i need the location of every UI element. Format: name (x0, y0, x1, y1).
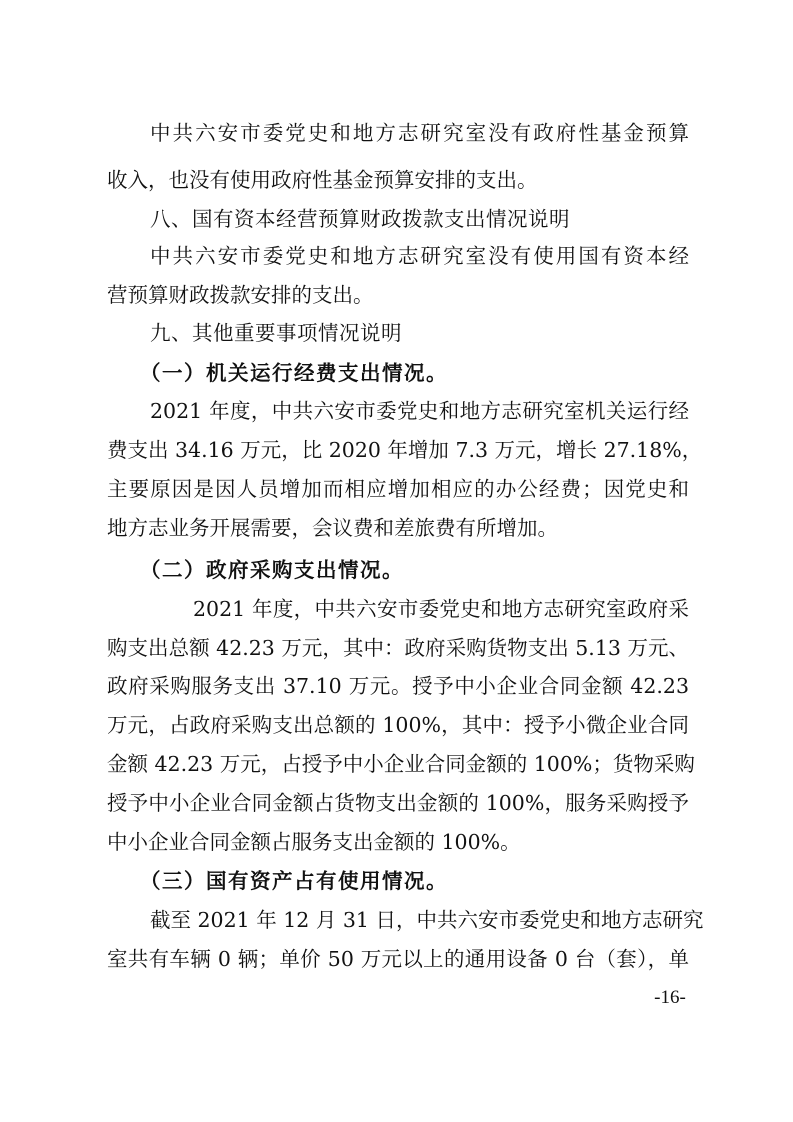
subsection-heading-3: （三）国有资产占有使用情况。 (140, 866, 722, 896)
paragraph-line: 中共六安市委党史和地方志研究室没有使用国有资本经 (150, 241, 689, 271)
paragraph-line: 费支出 34.16 万元，比 2020 年增加 7.3 万元，增长 27.18%… (107, 435, 689, 465)
paragraph-line: 政府采购服务支出 37.10 万元。授予中小企业合同金额 42.23 (107, 671, 689, 701)
paragraph-line: 万元，占政府采购支出总额的 100%，其中：授予小微企业合同 (107, 710, 689, 740)
paragraph-line: 授予中小企业合同金额占货物支出金额的 100%，服务采购授予 (107, 788, 689, 818)
paragraph-line: 营预算财政拨款安排的支出。 (107, 280, 689, 310)
page-number: -16- (645, 985, 695, 1011)
paragraph-line: 主要原因是因人员增加而相应增加相应的办公经费；因党史和 (107, 474, 689, 504)
paragraph-line: 截至 2021 年 12 月 31 日，中共六安市委党史和地方志研究 (150, 905, 689, 935)
paragraph-line: 2021 年度，中共六安市委党史和地方志研究室机关运行经 (150, 396, 689, 426)
section-heading-9: 九、其他重要事项情况说明 (150, 318, 689, 348)
paragraph-line: 中小企业合同金额占服务支出金额的 100%。 (107, 827, 689, 857)
paragraph-line: 购支出总额 42.23 万元，其中：政府采购货物支出 5.13 万元、 (107, 633, 689, 663)
paragraph-line: 2021 年度，中共六安市委党史和地方志研究室政府采 (193, 594, 689, 624)
subsection-heading-1: （一）机关运行经费支出情况。 (140, 358, 722, 388)
paragraph-line: 中共六安市委党史和地方志研究室没有政府性基金预算 (150, 118, 689, 148)
paragraph-line: 室共有车辆 0 辆；单价 50 万元以上的通用设备 0 台（套），单 (107, 944, 689, 974)
paragraph-line: 收入，也没有使用政府性基金预算安排的支出。 (107, 165, 689, 195)
paragraph-line: 金额 42.23 万元，占授予中小企业合同金额的 100%；货物采购 (107, 749, 689, 779)
section-heading-8: 八、国有资本经营预算财政拨款支出情况说明 (150, 204, 689, 234)
subsection-heading-2: （二）政府采购支出情况。 (140, 555, 722, 585)
paragraph-line: 地方志业务开展需要，会议费和差旅费有所增加。 (107, 513, 689, 543)
document-page: 中共六安市委党史和地方志研究室没有政府性基金预算 收入，也没有使用政府性基金预算… (0, 0, 793, 1122)
